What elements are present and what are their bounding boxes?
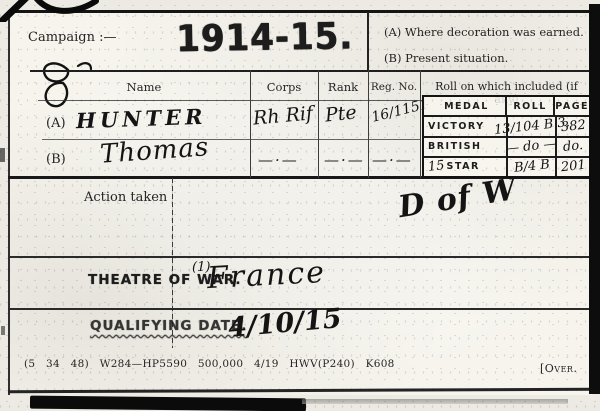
british-medal-label: BRITISH: [428, 141, 481, 152]
form-print-code: (5 34 48) W284—HP5590 500,000 4/19 HWV(P…: [24, 358, 395, 370]
british-medal-row: BRITISH — do — do.: [424, 138, 589, 158]
theatre-of-war-value: France: [206, 255, 327, 296]
star-roll-value: B/4 B: [513, 158, 550, 177]
header-rank: Rank: [318, 80, 368, 94]
row-b-label: (B): [46, 152, 66, 167]
campaign-label: Campaign :—: [28, 30, 116, 45]
note-where-earned: (A) Where decoration was earned.: [384, 25, 584, 39]
page-header: PAGE: [553, 97, 589, 115]
surname-value: HUNTER: [76, 104, 207, 134]
campaign-year-stamp: 1914-15.: [176, 15, 354, 61]
scan-shadow-right: [589, 4, 600, 394]
scan-smudge-bottom: [302, 399, 568, 404]
british-medal-cell: BRITISH: [424, 138, 506, 156]
roll-column-rule: [420, 70, 421, 178]
victory-medal-label: VICTORY: [428, 121, 485, 132]
star-medal-label: STAR: [447, 161, 480, 172]
over-note: [Over.: [540, 362, 577, 375]
scan-speck: [0, 148, 5, 162]
scan-speck: [1, 326, 5, 335]
medal-table-header-row: MEDAL ROLL PAGE: [424, 97, 589, 117]
star-prefix-handwritten: 15: [427, 159, 445, 176]
header-reg-no: Reg. No.: [368, 81, 420, 93]
note-present-situation: (B) Present situation.: [384, 51, 508, 65]
action-taken-label: Action taken: [84, 190, 167, 205]
header-corps: Corps: [250, 80, 318, 94]
medal-header: MEDAL: [424, 97, 505, 115]
table-top-rule: [30, 70, 591, 72]
row-a-label: (A): [46, 116, 66, 131]
qualifying-date-label: QUALIFYING DATE.: [90, 318, 247, 334]
scan-shadow-bottom: [30, 396, 306, 411]
corps-ditto-dash: —·—: [258, 151, 299, 169]
header-name: Name: [38, 80, 250, 94]
reg-ditto-dash: —·—: [372, 151, 413, 169]
header-underline: [38, 100, 420, 101]
star-medal-cell: 15 STAR: [424, 158, 506, 176]
medal-roll-table: MEDAL ROLL PAGE VICTORY 13/104 B 3. 382 …: [422, 95, 591, 178]
medal-index-card-scan: Campaign :— 1914-15. (A) Where decoratio…: [0, 0, 600, 411]
victory-medal-row: VICTORY 13/104 B 3. 382: [424, 117, 589, 137]
british-roll-value: — do —: [506, 137, 558, 157]
rank-ditto-dash: —·—: [324, 151, 365, 169]
rank-value: Pte: [324, 101, 358, 126]
british-page-value: do.: [562, 138, 584, 155]
victory-page-value: 382: [560, 118, 586, 136]
star-page-value: 201: [560, 158, 586, 176]
ink-stroke-artifact: [0, 0, 175, 22]
notes-divider: [367, 12, 369, 71]
roll-header: ROLL: [505, 97, 553, 115]
